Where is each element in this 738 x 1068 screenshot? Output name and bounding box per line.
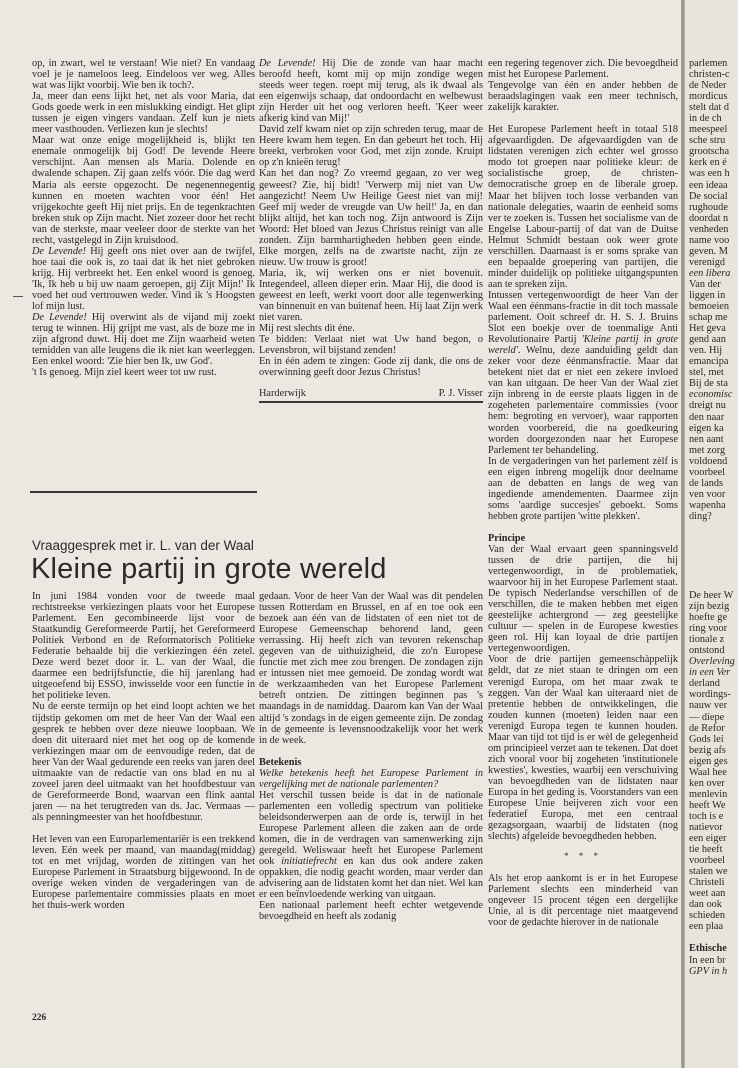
edge-line: Waal hee (689, 767, 735, 778)
edge-line: verenigd (689, 257, 732, 268)
edge-line: schieden (689, 910, 735, 921)
paragraph: De Levende! Hij overwint als de vijand m… (32, 312, 255, 367)
paragraph: David zelf kwam niet op zijn schreden te… (259, 124, 483, 168)
edge-line: De social (689, 191, 732, 202)
edge-line: ding? (689, 511, 732, 522)
edge-line: voorbeel (689, 855, 735, 866)
paragraph: Tengevolge van één en ander hebben de be… (488, 80, 678, 113)
edge-line: een plaa (689, 921, 735, 932)
edge-line: name voo (689, 235, 732, 246)
edge-line: tie heeft (689, 844, 735, 855)
edge-line: derland (689, 678, 735, 689)
edge-line: ken over (689, 778, 735, 789)
edge-line: In een br (689, 955, 735, 966)
paragraph: Intussen vertegenwoordigt de heer Van de… (488, 290, 678, 456)
edge-line: voldoend (689, 456, 732, 467)
signature-place: Harderwijk (259, 388, 306, 399)
paragraph: Van der Waal ervaart geen spanningsveld … (488, 544, 678, 654)
edge-line: Het geva (689, 323, 732, 334)
paragraph: Het Europese Parlement heeft in totaal 5… (488, 124, 678, 290)
edge-line: ven. Hij (689, 345, 732, 356)
edge-line: een ideaa (689, 180, 732, 191)
edge-line: liggen in (689, 290, 732, 301)
edge-line: voorbeel (689, 467, 732, 478)
paragraph: De Levende! Hij geeft ons niet over aan … (32, 246, 255, 312)
paragraph: Maria, ik, wij werken ons er niet bovenu… (259, 268, 483, 323)
article-column-3: een regering tegenover zich. Die bevoegd… (488, 58, 678, 929)
edge-line: Christeli (689, 877, 735, 888)
edge-line: stel, met (689, 367, 732, 378)
edge-line: gend aan (689, 334, 732, 345)
paragraph: Ja, meer dan eens lijkt het, net als voo… (32, 91, 255, 135)
emphasis: De Levende! (259, 58, 316, 69)
paragraph: Als het erop aankomt is er in het Europe… (488, 873, 678, 928)
paragraph: Het verschil tussen beide is dat in de n… (259, 790, 483, 900)
edge-heading: Ethische (689, 943, 735, 954)
next-page-edge: parlemenchristen-cde Nedermordicusstelt … (685, 0, 738, 1068)
edge-line: grootscha (689, 146, 732, 157)
edge-line: in de ch (689, 113, 732, 124)
paragraph: Voor de drie partijen gemeenschàppelijk … (488, 654, 678, 842)
edge-line: was een h (689, 168, 732, 179)
article-headline: Kleine partij in grote wereld (31, 553, 387, 585)
edge-line: de lands (689, 478, 732, 489)
edge-line: de Neder (689, 80, 732, 91)
edge-line: geven. M (689, 246, 732, 257)
paragraph: 't Is genoeg. Mijn ziel keert weer tot u… (32, 367, 255, 378)
signature-author: P. J. Visser (439, 388, 483, 399)
edge-line: toch is e (689, 811, 735, 822)
edge-line: — diepe (689, 712, 735, 723)
paragraph: Mij rest slechts dit éne. (259, 323, 483, 334)
edge-line: parlemen (689, 58, 732, 69)
edge-line: zijn bezig (689, 601, 735, 612)
edge-line: bemoeien (689, 301, 732, 312)
paragraph: Kan het dan nog? Zo vreemd gegaan, zo ve… (259, 168, 483, 267)
edge-line: met zorg (689, 445, 732, 456)
edge-line: wordings- (689, 689, 735, 700)
edge-line: ontstond (689, 645, 735, 656)
edge-line: GPV in h (689, 966, 735, 977)
edge-line: de Refor (689, 723, 735, 734)
next-page-bottom-column: De heer Wzijn bezighoefte gering voortio… (689, 590, 735, 977)
edge-line: dan ook (689, 899, 735, 910)
edge-line: nauw ver (689, 700, 735, 711)
edge-line: Gods lei (689, 734, 735, 745)
paragraph: gedaan. Voor de heer Van der Waal was di… (259, 591, 483, 746)
paragraph: Te bidden: Verlaat niet wat Uw hand bego… (259, 334, 483, 356)
column-rule (30, 491, 257, 493)
next-page-top-column: parlemenchristen-cde Nedermordicusstelt … (689, 58, 732, 522)
paragraph: op, in zwart, wel te verstaan! Wie niet?… (32, 58, 255, 91)
edge-line: natievor (689, 822, 735, 833)
paragraph: De Levende! Hij Die de zonde van haar ma… (259, 58, 483, 124)
edge-line: in een Ver (689, 667, 735, 678)
edge-line: heeft We (689, 800, 735, 811)
edge-line: De heer W (689, 590, 735, 601)
edge-line: menlevin (689, 789, 735, 800)
edge-line: stelt dat d (689, 102, 732, 113)
edge-line: een libera (689, 268, 732, 279)
edge-line: schap me (689, 312, 732, 323)
edge-line: doordat n (689, 213, 732, 224)
edge-line: meespeel (689, 124, 732, 135)
signature: Harderwijk P. J. Visser (259, 388, 483, 403)
edge-line: rughoude (689, 202, 732, 213)
paragraph: Maar wat onze enige mogelijkheid is, bli… (32, 135, 255, 245)
edge-line: Bij de sta (689, 378, 732, 389)
meditation-column-1: op, in zwart, wel te verstaan! Wie niet?… (32, 58, 255, 378)
edge-line: dreigt nu (689, 400, 732, 411)
paragraph: En in één adem te zingen: Gode zij dank,… (259, 356, 483, 378)
edge-line: eigen ka (689, 423, 732, 434)
section-heading-principe: Principe (488, 533, 678, 544)
magazine-page: op, in zwart, wel te verstaan! Wie niet?… (0, 0, 683, 1068)
emphasis: De Levende! (32, 312, 87, 323)
edge-line: bezig afs (689, 745, 735, 756)
edge-line: tionale z (689, 634, 735, 645)
edge-line: economisc (689, 389, 732, 400)
meditation-column-2: De Levende! Hij Die de zonde van haar ma… (259, 58, 483, 403)
edge-line: mordicus (689, 91, 732, 102)
edge-line: den naar (689, 412, 732, 423)
emphasis: De Levende! (32, 246, 86, 257)
edge-line: een eiger (689, 833, 735, 844)
article-column-1: In juni 1984 vonden voor de tweede maal … (32, 591, 255, 911)
paragraph: Het leven van een Europarlementariër is … (32, 834, 255, 911)
edge-line: kerk en é (689, 157, 732, 168)
section-separator: * * * (488, 851, 678, 862)
paragraph: In juni 1984 vonden voor de tweede maal … (32, 591, 255, 701)
article-kicker: Vraaggesprek met ir. L. van der Waal (32, 538, 254, 553)
edge-line: ring voor (689, 623, 735, 634)
paragraph: In de vergaderingen van het parlement zè… (488, 456, 678, 522)
paragraph: Een nationaal parlement heeft echter wet… (259, 900, 483, 922)
edge-line: weet aan (689, 888, 735, 899)
edge-line: christen-c (689, 69, 732, 80)
page-number: 226 (32, 1013, 46, 1023)
edge-line: eigen ges (689, 756, 735, 767)
paragraph: een regering tegenover zich. Die bevoegd… (488, 58, 678, 80)
edge-line: nen aant (689, 434, 732, 445)
interview-question: Welke betekenis heeft het Europese Parle… (259, 768, 483, 790)
section-heading-betekenis: Betekenis (259, 757, 483, 768)
edge-line: emancipa (689, 356, 732, 367)
article-column-2: gedaan. Voor de heer Van der Waal was di… (259, 591, 483, 922)
paragraph: Nu de eerste termijn op het eind loopt a… (32, 701, 255, 823)
margin-mark (13, 296, 23, 297)
edge-line: stalen we (689, 866, 735, 877)
edge-line: sche stru (689, 135, 732, 146)
edge-line: Van der (689, 279, 732, 290)
edge-line: Overleving (689, 656, 735, 667)
edge-line: hoefte ge (689, 612, 735, 623)
edge-line: ven voor (689, 489, 732, 500)
edge-line: wapenha (689, 500, 732, 511)
edge-line: venheden (689, 224, 732, 235)
